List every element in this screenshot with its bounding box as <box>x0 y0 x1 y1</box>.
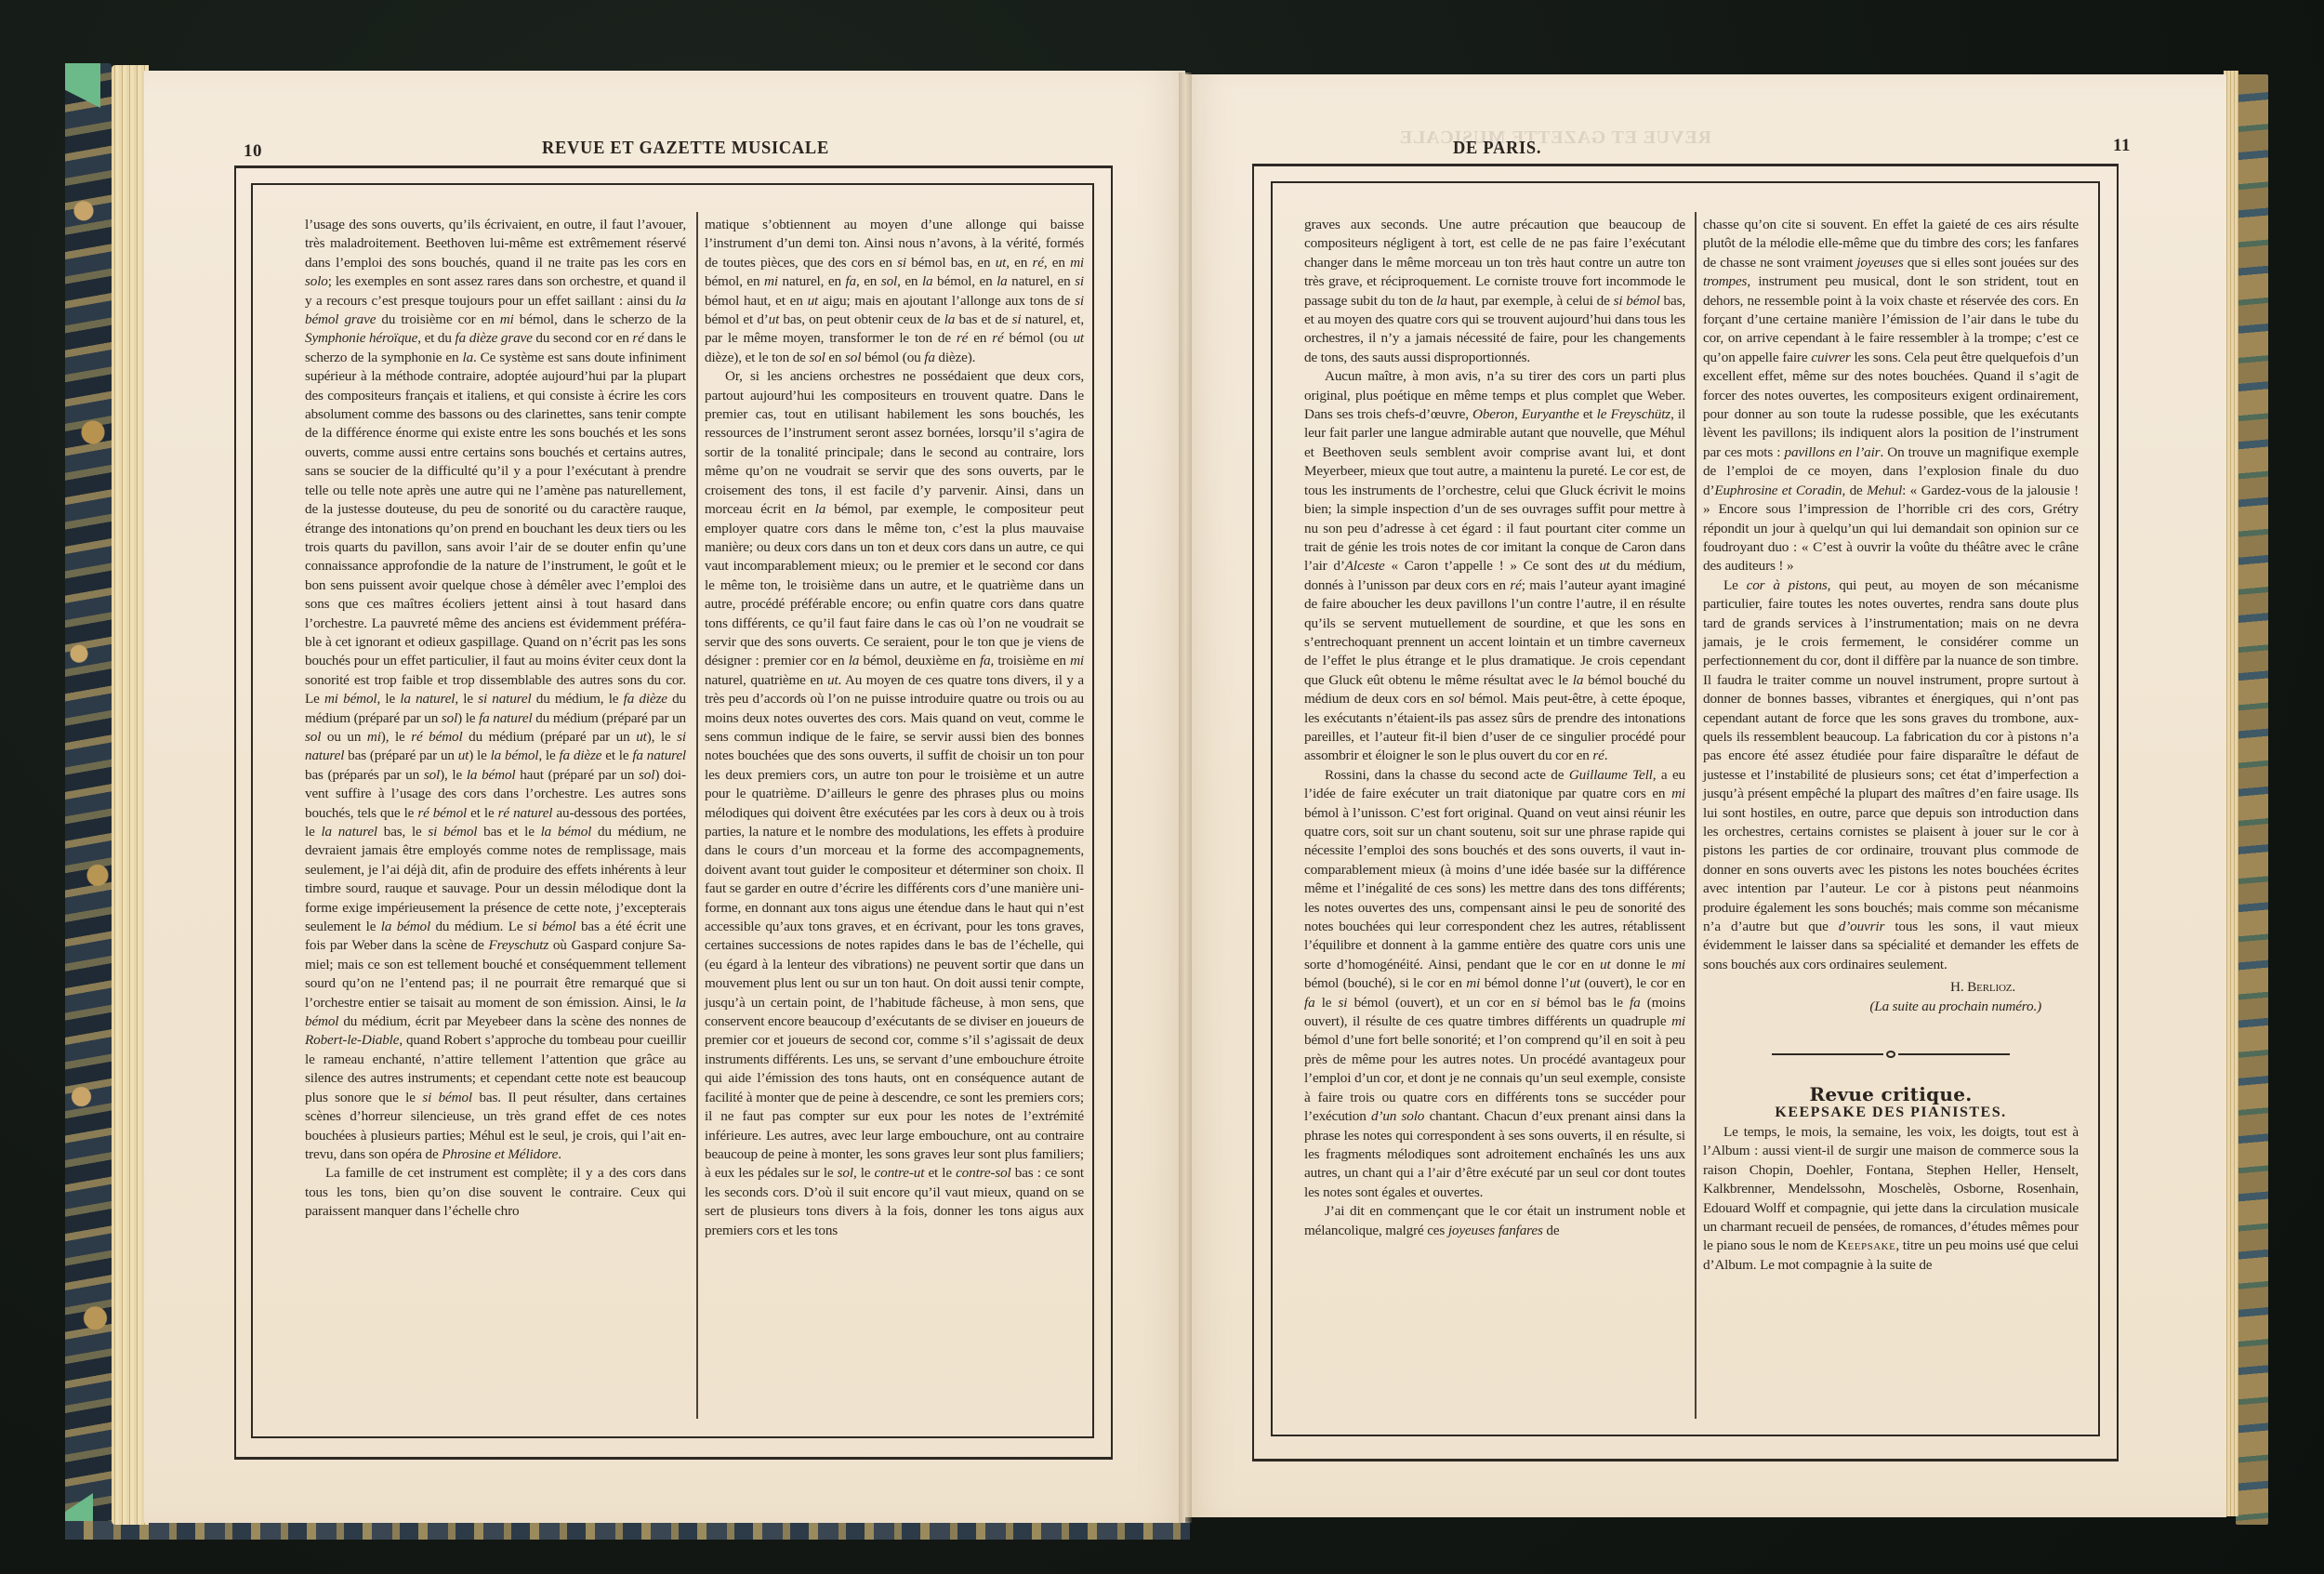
paragraph: Le cor à pistons, qui peut, au moyen de … <box>1703 576 2079 975</box>
italic-text: cuivrer <box>1811 350 1850 365</box>
text-run: et <box>1579 406 1597 422</box>
text-run: . <box>1604 747 1608 763</box>
text-run: naturel, quatrième en <box>705 672 827 688</box>
paragraph: La famille de cet instrument est complèt… <box>305 1164 686 1221</box>
italic-text: ré naturel <box>498 805 553 821</box>
italic-text: la <box>815 501 826 517</box>
italic-text: contre-sol <box>956 1165 1011 1181</box>
italic-text: fa <box>1630 995 1641 1011</box>
italic-text: ut <box>1600 957 1611 972</box>
italic-text: sol <box>809 350 825 365</box>
text-run: bas et le <box>477 824 540 840</box>
italic-text: ré bémol <box>417 805 467 821</box>
text-run: bémol, par exemple, le compositeur peut … <box>705 501 1084 668</box>
left-page-column-2: matique s’obtiennent au moyen d’une allo… <box>705 216 1084 1240</box>
right-column-divider <box>1695 212 1697 1419</box>
text-run: « Caron t’appelle ! » Ce sont des <box>1385 558 1600 574</box>
marbled-cover-left <box>65 63 112 1540</box>
italic-text: Phrosine et Mélidore <box>442 1146 558 1162</box>
text-run: bé­mol et d’ <box>705 311 769 327</box>
italic-text: mi <box>500 311 514 327</box>
text-run: bémol donne l’ <box>1480 975 1569 991</box>
paragraph: Rossini, dans la chasse du second acte d… <box>1304 766 1685 1202</box>
italic-text: joyeuses <box>1856 255 1903 271</box>
italic-text: sol <box>639 767 654 783</box>
italic-text: le Freyschütz <box>1597 406 1670 422</box>
italic-text: la naturel <box>400 691 455 707</box>
text-run: La famille de cet instrument est complèt… <box>305 1165 686 1219</box>
italic-text: mi <box>1070 255 1084 271</box>
text-run: bas (préparés par un <box>305 767 424 783</box>
italic-text: mi <box>1070 653 1084 668</box>
left-page-column-1: l’usage des sons ouverts, qu’ils écrivai… <box>305 216 686 1222</box>
text-run: , le <box>853 1165 875 1181</box>
paragraph: l’usage des sons ouverts, qu’ils écrivai… <box>305 216 686 1164</box>
italic-text: solo <box>305 273 328 289</box>
text-run: bémol bas le <box>1540 995 1630 1011</box>
page-number-left: 10 <box>244 141 262 162</box>
text-run: (ouvert), le cor en <box>1580 975 1685 991</box>
text-run: ) le <box>457 710 479 726</box>
text-run: bas (préparé par un <box>344 747 457 763</box>
italic-text: la <box>849 653 860 668</box>
text-run: , troisième en <box>991 653 1071 668</box>
text-run: haut (préparé par un <box>515 767 639 783</box>
italic-text: fa <box>924 350 935 365</box>
italic-text: mi <box>764 273 778 289</box>
book-gutter <box>1179 73 1192 1523</box>
italic-text: d’ouvrir <box>1839 919 1884 934</box>
text-run: haut, par exemple, à celui de <box>1447 293 1614 309</box>
text-run: dièze), et le ton de <box>705 350 809 365</box>
text-run: , le <box>455 691 478 707</box>
italic-text: si <box>1075 273 1084 289</box>
show-through-text: REVUE ET GAZETTE MUSICALE <box>1399 127 1711 149</box>
text-run: bas, le <box>377 824 428 840</box>
running-head-left: REVUE ET GAZETTE MUSICALE <box>542 138 829 159</box>
italic-text: ut <box>769 311 780 327</box>
italic-text: ut <box>827 672 838 688</box>
italic-text: la bémol <box>541 824 592 840</box>
italic-text: mi <box>1671 1013 1685 1029</box>
left-column-divider <box>696 212 698 1419</box>
text-run: ), le <box>647 729 677 745</box>
italic-text: la bémol <box>381 919 430 934</box>
text-run: du médium, le <box>532 691 624 707</box>
italic-text: la <box>463 350 474 365</box>
section-title: Revue critique. <box>1703 1085 2079 1104</box>
page-number-right: 11 <box>2113 136 2131 156</box>
italic-text: si bémol <box>422 1090 472 1105</box>
text-run: bémol, en <box>705 273 764 289</box>
text-run: Keepsake <box>1837 1237 1895 1253</box>
text-run: , qui peut, au moyen de son mécanisme pa… <box>1703 577 2079 934</box>
paragraph: Or, si les anciens orchestres ne posséda… <box>705 367 1084 1240</box>
text-run: , le <box>377 691 401 707</box>
text-run: , il leur fait parler une langue admirab… <box>1304 406 1685 574</box>
italic-text: Obe­ron <box>1472 406 1514 422</box>
text-run: bémol à l’unisson. C’est fort original. … <box>1304 805 1685 972</box>
text-run: , en <box>1006 255 1032 271</box>
italic-text: si bémol <box>1614 293 1660 309</box>
italic-text: mi <box>1671 786 1685 801</box>
italic-text: fa <box>845 273 856 289</box>
italic-text: la bémol <box>467 767 516 783</box>
section-ornament-divider <box>1703 1048 2079 1061</box>
section-subtitle: KEEPSAKE DES PIANISTES. <box>1703 1104 2079 1122</box>
text-run: , de <box>1842 483 1867 498</box>
text-run: Or, si les anciens orchestres ne posséda… <box>705 368 1084 517</box>
italic-text: fa <box>1304 995 1315 1011</box>
text-run: naturel, en <box>778 273 846 289</box>
italic-text: contre-ut <box>875 1165 925 1181</box>
text-run: et le <box>467 805 498 821</box>
text-run: ), le <box>381 729 411 745</box>
italic-text: sol <box>838 1165 853 1181</box>
text-run: aigu; mais en ajoutant l’allonge aux ton… <box>818 293 1075 309</box>
marbled-cover-bottom <box>65 1521 1190 1540</box>
italic-text: la <box>1573 672 1584 688</box>
text-run: bé­mol, dans le scherzo de la <box>514 311 686 327</box>
italic-text: ré <box>992 330 1003 346</box>
italic-text: ré <box>1510 577 1521 593</box>
text-run: du troisième cor en <box>376 311 500 327</box>
italic-text: si <box>1531 995 1540 1011</box>
text-run: bémol, deuxième en <box>859 653 980 668</box>
italic-text: sol <box>845 350 861 365</box>
italic-text: d’un solo <box>1371 1108 1424 1124</box>
text-run: que si elles sont jouées sur des <box>1904 255 2079 271</box>
italic-text: mi bémol <box>324 691 377 707</box>
text-run: Le temps, le mois, la semaine, les voix,… <box>1703 1124 2079 1253</box>
paragraph: matique s’obtiennent au moyen d’une allo… <box>705 216 1084 367</box>
italic-text: Mehul <box>1867 483 1902 498</box>
text-run: l’usage des sons ouverts, qu’ils écrivai… <box>305 217 686 271</box>
text-run: bas, on peut obtenir ceux de <box>779 311 944 327</box>
text-run: . <box>558 1146 561 1162</box>
italic-text: ut <box>996 255 1007 271</box>
text-run: , en <box>897 273 922 289</box>
italic-text: Robert-le-Diable <box>305 1032 399 1048</box>
italic-text: fa <box>980 653 991 668</box>
italic-text: Freyschutz <box>489 937 549 953</box>
italic-text: cor à pistons <box>1747 577 1828 593</box>
text-run: bémol, en <box>932 273 997 289</box>
text-run: du médium (préparé par un <box>533 710 686 726</box>
text-run: ), le <box>440 767 467 783</box>
italic-text: ut <box>458 747 469 763</box>
italic-text: si <box>897 255 906 271</box>
italic-text: la naturel <box>321 824 377 840</box>
italic-text: fa naturel <box>479 710 532 726</box>
text-run: Rossini, dans la chasse du second acte d… <box>1325 767 1569 783</box>
italic-text: fa naturel <box>632 747 686 763</box>
text-run: ou un <box>321 729 367 745</box>
author-signature: H. Berlioz. <box>1703 978 2079 997</box>
text-run: . Ce système est sans doute infiniment s… <box>305 350 686 707</box>
page-stack-left <box>112 65 149 1525</box>
paragraph: graves aux seconds. Une autre précaution… <box>1304 216 1685 367</box>
text-run: ; les exemples en sont assez rares dans … <box>305 273 686 308</box>
text-run: bas et de <box>955 311 1011 327</box>
right-page-column-2: chasse qu’on cite si souvent. En effet l… <box>1703 216 2079 1275</box>
italic-text: mi <box>1466 975 1480 991</box>
text-run: en <box>825 350 845 365</box>
cover-corner-top <box>65 63 100 108</box>
text-run: naturel, en <box>1008 273 1076 289</box>
italic-text: ré bémol <box>411 729 462 745</box>
italic-text: ré <box>1033 255 1044 271</box>
text-run: bémol (ou <box>861 350 924 365</box>
text-run: le <box>1315 995 1339 1011</box>
italic-text: ut <box>1073 330 1084 346</box>
text-run: du médium, écrit par Meyebeer dans la sc… <box>338 1013 686 1029</box>
text-run: du mé­dium. Le <box>430 919 528 934</box>
italic-text: ut <box>636 729 647 745</box>
italic-text: la <box>944 311 956 327</box>
text-run: , <box>1514 406 1522 422</box>
italic-text: ré <box>1592 747 1604 763</box>
continued-note: (La suite au prochain numéro.) <box>1703 998 2079 1016</box>
italic-text: si bémol <box>528 919 576 934</box>
text-run: bémol haut, et en <box>705 293 808 309</box>
italic-text: la <box>997 273 1008 289</box>
italic-text: mi <box>1671 957 1685 972</box>
italic-text: si <box>1012 311 1022 327</box>
italic-text: Alceste <box>1345 558 1385 574</box>
italic-text: sol <box>424 767 440 783</box>
italic-text: si <box>1075 293 1084 309</box>
paragraph: J’ai dit en commençant que le cor était … <box>1304 1202 1685 1240</box>
italic-text: ut <box>808 293 819 309</box>
italic-text: si <box>1339 995 1348 1011</box>
text-run: , en <box>1044 255 1070 271</box>
italic-text: la <box>922 273 933 289</box>
italic-text: fa dièze <box>559 747 601 763</box>
right-page-column-1: graves aux seconds. Une autre précaution… <box>1304 216 1685 1240</box>
italic-text: la bémol <box>491 747 539 763</box>
italic-text: sol <box>881 273 897 289</box>
text-run: de <box>1543 1223 1560 1238</box>
text-run: bémol (ou <box>1004 330 1074 346</box>
italic-text: pavillons en l’air <box>1785 444 1881 460</box>
running-head-right: DE PARIS. <box>1453 138 1541 159</box>
italic-text: trompes <box>1703 273 1747 289</box>
text-run: et le <box>924 1165 956 1181</box>
italic-text: fa dièze <box>624 691 667 707</box>
text-run: bémol (ouvert), et un cor en <box>1347 995 1530 1011</box>
italic-text: Guillaume Tell <box>1569 767 1653 783</box>
italic-text: sol <box>442 710 457 726</box>
italic-text: ré <box>957 330 968 346</box>
paragraph: chasse qu’on cite si souvent. En effet l… <box>1703 216 2079 576</box>
text-run: . Au moyen de ces quatre tons divers, il… <box>705 672 1084 1182</box>
italic-text: joyeuses fanfares <box>1448 1223 1543 1238</box>
italic-text: fa dièze grave <box>456 330 533 346</box>
paragraph: Le temps, le mois, la semaine, les voix,… <box>1703 1123 2079 1275</box>
italic-text: ut <box>1599 558 1610 574</box>
text-run: ) le <box>469 747 490 763</box>
text-run: , et du <box>417 330 455 346</box>
italic-text: si bémol <box>428 824 477 840</box>
paragraph: Aucun maître, à mon avis, n’a su tirer d… <box>1304 367 1685 766</box>
text-run: donne le <box>1611 957 1672 972</box>
text-run: , en <box>856 273 881 289</box>
italic-text: si naturel <box>478 691 531 707</box>
text-run: du médium (préparé par un <box>463 729 637 745</box>
text-run: bémol bas, en <box>906 255 996 271</box>
italic-text: sol <box>305 729 321 745</box>
italic-text: Euphrosine et Coradin <box>1714 483 1842 498</box>
text-run: , le <box>538 747 559 763</box>
italic-text: la <box>1436 293 1447 309</box>
italic-text: ut <box>1569 975 1580 991</box>
italic-text: Euryanthe <box>1522 406 1579 422</box>
text-run: du second cor en <box>533 330 633 346</box>
marbled-cover-right <box>2236 74 2268 1525</box>
text-run: bémol (bouché), si le cor en <box>1304 975 1466 991</box>
text-run: Le <box>1723 577 1747 593</box>
italic-text: ré <box>632 330 643 346</box>
text-run: et le <box>601 747 632 763</box>
italic-text: sol <box>1448 691 1464 707</box>
italic-text: Symphonie héroïque <box>305 330 417 346</box>
text-run: en <box>968 330 992 346</box>
text-run: dièze). <box>935 350 976 365</box>
italic-text: mi <box>367 729 381 745</box>
